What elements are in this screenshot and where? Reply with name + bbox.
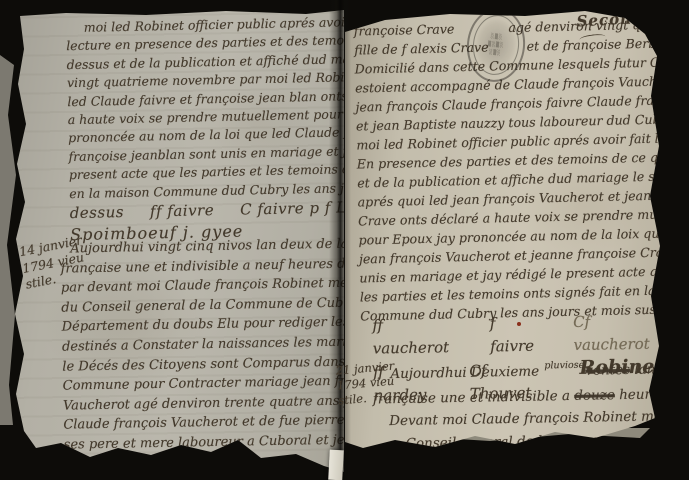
line-fragment: et de françoise Berbelle <box>526 35 679 53</box>
manuscript-photo: moi led Robinet officier public aprés av… <box>0 0 689 480</box>
right-margin-date-note: 21 janvier 1794 vieu stile. <box>335 359 397 409</box>
line-fragment: agé denviron vingt quatre ans <box>508 16 689 35</box>
signature: ff vaucherot <box>372 313 456 360</box>
line-fragment: lan deux de la république <box>634 359 689 378</box>
line-fragment: heures du soir par <box>619 384 689 402</box>
signature-word: dessus <box>70 203 125 222</box>
line-fragment: Aujourdhui Deuxieme <box>390 364 539 383</box>
inserted-word: pluviose <box>544 360 584 372</box>
ink-stamp-icon: ░▒░▒░▒░░▒░ <box>463 5 528 85</box>
ink-stain <box>517 322 521 326</box>
signature-row: ff vaucherot f faivre Cf vaucherot <box>372 309 663 360</box>
left-act2-text: Aujourdhui vingt cinq nivos lan deux de … <box>60 234 364 455</box>
struck-word: ventes <box>585 362 630 379</box>
left-page: moi led Robinet officier public aprés av… <box>6 4 344 472</box>
struck-word: douze <box>574 387 615 404</box>
right-act2-text: Aujourdhui Deuxieme pluvioseventes lan d… <box>356 358 668 455</box>
manuscript-line: ses pere et mere laboureur a Cuboral et … <box>64 430 364 455</box>
signature: Cf vaucherot <box>573 309 663 357</box>
signature: f faivre <box>490 312 540 359</box>
line-fragment: françoise Crave <box>354 21 455 38</box>
signature: ff faivre <box>150 201 215 220</box>
bookmark-ribbon-icon <box>328 450 344 480</box>
left-act1-text: moi led Robinet officier public aprés av… <box>66 13 371 245</box>
stamp-illegible-marks: ░▒░▒░▒░░▒░ <box>463 5 528 85</box>
line-fragment: française une et indivisible a <box>373 387 570 406</box>
